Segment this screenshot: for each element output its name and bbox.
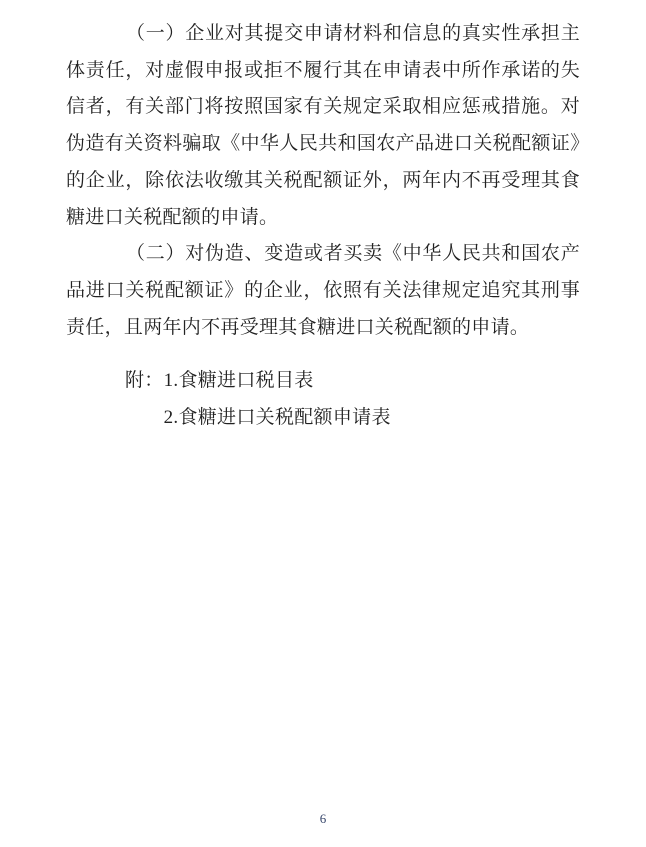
attachment-block: 附： 1.食糖进口税目表 2.食糖进口关税配额申请表 — [125, 363, 580, 436]
attachment-items: 1.食糖进口税目表 2.食糖进口关税配额申请表 — [164, 363, 580, 436]
document-page: （一）企业对其提交申请材料和信息的真实性承担主体责任，对虚假申报或拒不履行其在申… — [0, 0, 646, 847]
paragraph-item-2: （二）对伪造、变造或者买卖《中华人民共和国农产品进口关税配额证》的企业，依照有关… — [66, 236, 580, 346]
document-body: （一）企业对其提交申请材料和信息的真实性承担主体责任，对虚假申报或拒不履行其在申… — [0, 0, 646, 437]
page-number: 6 — [0, 812, 646, 826]
attachment-item-2: 2.食糖进口关税配额申请表 — [164, 400, 580, 437]
attachment-label: 附： — [125, 363, 164, 400]
paragraph-item-1: （一）企业对其提交申请材料和信息的真实性承担主体责任，对虚假申报或拒不履行其在申… — [66, 16, 580, 236]
attachment-item-1: 1.食糖进口税目表 — [164, 363, 580, 400]
